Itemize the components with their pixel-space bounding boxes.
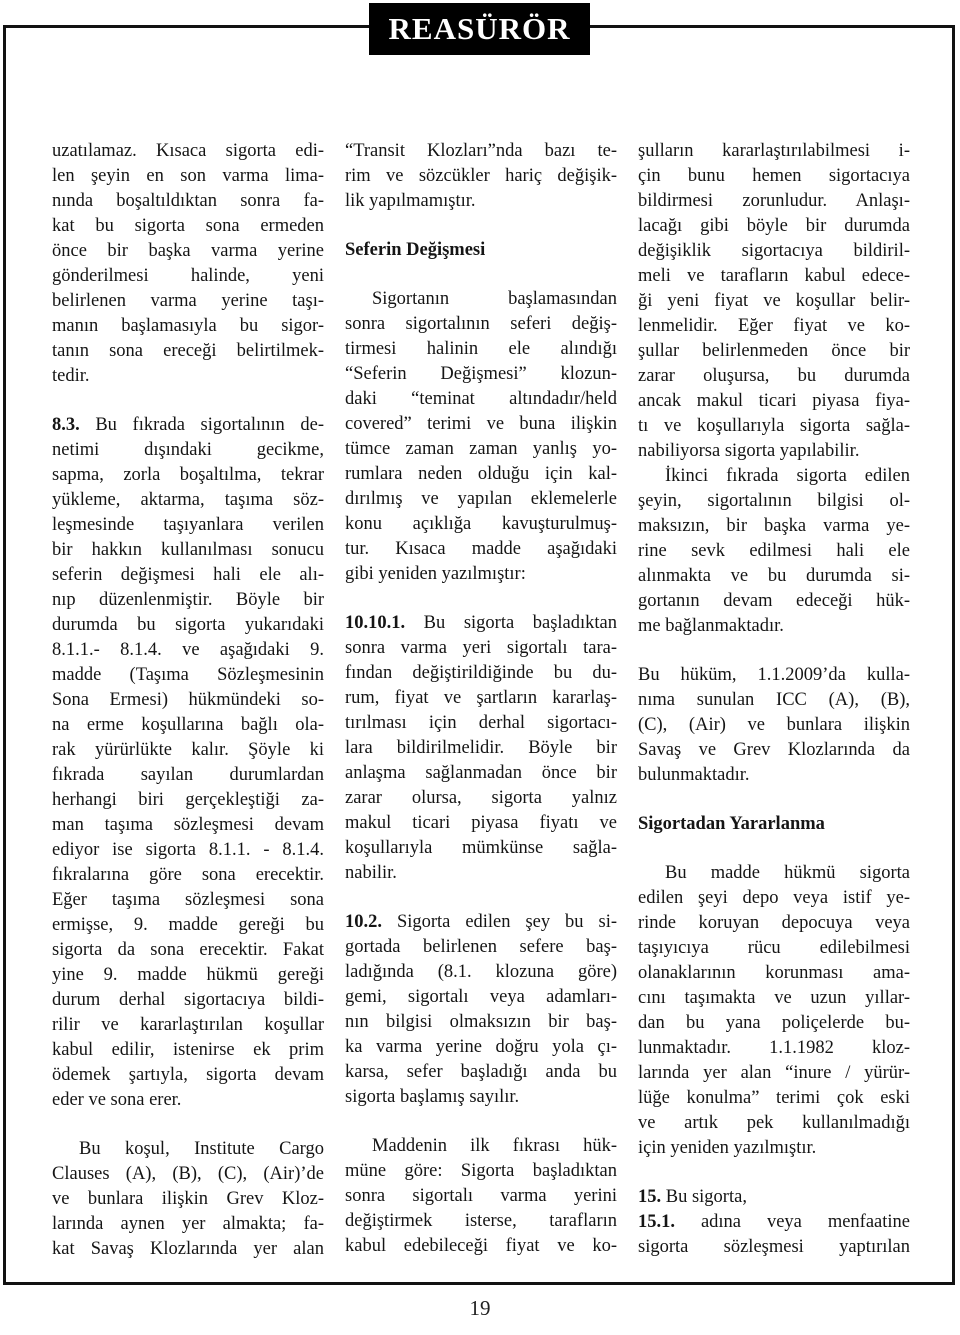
text-line: zarar oluşursa, bu durumda: [638, 364, 910, 389]
text-line: Eğer taşıma sözleşmesi sona: [52, 888, 324, 913]
text-line: kabul edebileceği fiyat ve ko-: [345, 1234, 617, 1259]
text-line: tümce zaman zaman yanlış yo-: [345, 437, 617, 462]
text-line: rim ve sözcükler hariç değişik-: [345, 164, 617, 189]
paragraph: 10.10.1. Bu sigorta başladıktansonra var…: [345, 611, 617, 886]
text-line: lik yapılmamıştır.: [345, 189, 617, 214]
text-columns: uzatılamaz. Kısaca sigorta edi-len şeyin…: [52, 139, 910, 1262]
text-line: şullar belirlenmeden önce bir: [638, 339, 910, 364]
text-line: nıp düzenlenmiştir. Böyle bir: [52, 588, 324, 613]
section-heading: Sigortadan Yararlanma: [638, 812, 910, 837]
text-column: uzatılamaz. Kısaca sigorta edi-len şeyin…: [52, 139, 324, 1262]
text-line: Seferin Değişmesi: [345, 238, 617, 263]
paragraph: 10.2. Sigorta edilen şey bu si-gortada b…: [345, 910, 617, 1110]
text-line: meli ve tarafların kabul edece-: [638, 264, 910, 289]
paragraph: uzatılamaz. Kısaca sigorta edi-len şeyin…: [52, 139, 324, 389]
text-line: sonra sigortalının seferi değiş-: [345, 312, 617, 337]
text-line: manın başlamasıyla bu sigor-: [52, 314, 324, 339]
text-line: larında aynen yer almakta; fa-: [52, 1212, 324, 1237]
text-line: alınmakta ve bu durumda si-: [638, 564, 910, 589]
text-line: madde (Taşıma Sözleşmesinin: [52, 663, 324, 688]
text-line: na erme koşullarına bağlı ola-: [52, 713, 324, 738]
text-line: gortanın devam edeceği hük-: [638, 589, 910, 614]
text-line: 15. Bu sigorta,: [638, 1185, 910, 1210]
text-line: Bu madde hükmü sigorta: [638, 861, 910, 886]
text-line: için yeniden yazılmıştır.: [638, 1136, 910, 1161]
text-line: tirmesi halinin ele alındığı: [345, 337, 617, 362]
text-line: koşullarıyla mümkünse sağla-: [345, 836, 617, 861]
text-line: seferin değişmesi hali ele alı-: [52, 563, 324, 588]
text-line: nabilir.: [345, 861, 617, 886]
text-line: Sigortadan Yararlanma: [638, 812, 910, 837]
text-line: yükleme, aktarma, taşıma söz-: [52, 488, 324, 513]
text-line: nında boşaltıldıktan sonra fa-: [52, 189, 324, 214]
paragraph: Bu madde hükmü sigortaedilen şeyi depo v…: [638, 861, 910, 1161]
text-line: dırılmış ve yapılan eklemelerle: [345, 487, 617, 512]
text-line: bir hakkın kullanılması sonucu: [52, 538, 324, 563]
text-line: ve artık pek kullanılmadığı: [638, 1111, 910, 1136]
text-line: larında yer alan “inure / yürür-: [638, 1061, 910, 1086]
text-line: müne göre: Sigorta başladıktan: [345, 1159, 617, 1184]
text-line: gibi yeniden yazılmıştır:: [345, 562, 617, 587]
text-line: yine 9. madde hükmü gereği: [52, 963, 324, 988]
text-line: Bu hüküm, 1.1.2009’da kulla-: [638, 663, 910, 688]
text-line: uzatılamaz. Kısaca sigorta edi-: [52, 139, 324, 164]
text-line: Bu koşul, Institute Cargo: [52, 1137, 324, 1162]
text-line: rak yürürlükte kalır. Şöyle ki: [52, 738, 324, 763]
text-line: tanın sona ereceği belirtilmek-: [52, 339, 324, 364]
text-line: sigorta sözleşmesi yaptırılan: [638, 1235, 910, 1260]
text-line: tı ve koşullarıyla sigorta sağla-: [638, 414, 910, 439]
journal-masthead: REASÜRÖR: [369, 3, 590, 55]
text-line: cını taşımakta ve uzun yıllar-: [638, 986, 910, 1011]
text-line: tur. Kısaca madde aşağıdaki: [345, 537, 617, 562]
text-column: “Transit Klozları”nda bazı te-rim ve söz…: [345, 139, 617, 1262]
text-line: (C), (Air) ve bunlara ilişkin: [638, 713, 910, 738]
text-line: şulların kararlaştırılabilmesi i-: [638, 139, 910, 164]
journal-title: REASÜRÖR: [389, 11, 571, 47]
text-line: ermişse, 9. madde gereği bu: [52, 913, 324, 938]
text-line: rinde koruyan depocuya veya: [638, 911, 910, 936]
paragraph: 8.3. Bu fıkrada sigortalının de-netimi d…: [52, 413, 324, 1113]
text-line: daki “teminat altındadır/held: [345, 387, 617, 412]
text-line: durum derhal sigortacıya bildi-: [52, 988, 324, 1013]
text-line: karsa, sefer başladığı anda bu: [345, 1060, 617, 1085]
text-line: olanaklarının korunması ama-: [638, 961, 910, 986]
text-line: sigorta başlamış sayılır.: [345, 1085, 617, 1110]
text-line: 8.1.1.- 8.1.4. ve aşağıdaki 9.: [52, 638, 324, 663]
text-line: konu açıklığa kavuşturulmuş-: [345, 512, 617, 537]
paragraph: Maddenin ilk fıkrası hük-müne göre: Sigo…: [345, 1134, 617, 1259]
text-line: man taşıma sözleşmesi devam: [52, 813, 324, 838]
text-line: covered” terimi ve buna ilişkin: [345, 412, 617, 437]
text-line: 8.3. Bu fıkrada sigortalının de-: [52, 413, 324, 438]
text-line: len şeyin en son varma lima-: [52, 164, 324, 189]
paragraph: 15. Bu sigorta,: [638, 1185, 910, 1210]
text-line: sonra sigortalı varma yerini: [345, 1184, 617, 1209]
text-line: me bağlanmaktadır.: [638, 614, 910, 639]
text-line: rumlara neden olduğu için kal-: [345, 462, 617, 487]
text-line: Sigortanın başlamasından: [345, 287, 617, 312]
text-line: rum, fiyat ve şartların kararlaş-: [345, 686, 617, 711]
paragraph: İkinci fıkrada sigorta edilenşeyin, sigo…: [638, 464, 910, 639]
text-line: anlaşma sağlanmadan önce bir: [345, 761, 617, 786]
text-line: rilir ve kararlaştırılan koşullar: [52, 1013, 324, 1038]
text-line: sigorta da sona erecektir. Fakat: [52, 938, 324, 963]
text-line: maksızın, bir başka varma ye-: [638, 514, 910, 539]
text-line: fıkralarına göre sona erecektir.: [52, 863, 324, 888]
text-line: değiştirmek isterse, tarafların: [345, 1209, 617, 1234]
text-line: ediyor ise sigorta 8.1.1. - 8.1.4.: [52, 838, 324, 863]
text-line: leşmesinde taşıyanlara verilen: [52, 513, 324, 538]
text-line: lunmaktadır. 1.1.1982 kloz-: [638, 1036, 910, 1061]
text-line: ödemek şartıyla, sigorta devam: [52, 1063, 324, 1088]
paragraph: “Transit Klozları”nda bazı te-rim ve söz…: [345, 139, 617, 214]
text-line: Savaş ve Grev Klozlarında da: [638, 738, 910, 763]
text-line: gortada belirlenen sefere baş-: [345, 935, 617, 960]
text-line: kat Savaş Klozlarında yer alan: [52, 1237, 324, 1262]
text-line: herhangi biri gerçekleştiği za-: [52, 788, 324, 813]
text-line: rine sevk edilmesi hali ele: [638, 539, 910, 564]
text-line: değişiklik sigortacıya bildiril-: [638, 239, 910, 264]
text-line: bulunmaktadır.: [638, 763, 910, 788]
text-line: ancak makul ticari piyasa fiya-: [638, 389, 910, 414]
text-line: sapma, zorla boşaltılma, tekrar: [52, 463, 324, 488]
text-line: lacağı gibi böyle bir durumda: [638, 214, 910, 239]
text-line: fıkrada sayılan durumlardan: [52, 763, 324, 788]
paragraph: Bu hüküm, 1.1.2009’da kulla-nıma sunulan…: [638, 663, 910, 788]
text-line: makul ticari piyasa fiyatı ve: [345, 811, 617, 836]
text-line: 10.10.1. Bu sigorta başladıktan: [345, 611, 617, 636]
text-line: çin bunu hemen sigortacıya: [638, 164, 910, 189]
page-number: 19: [0, 1296, 960, 1321]
text-line: Clauses (A), (B), (C), (Air)’de: [52, 1162, 324, 1187]
text-column: şulların kararlaştırılabilmesi i-çin bun…: [638, 139, 910, 1262]
text-line: gönderilmesi halinde, yeni: [52, 264, 324, 289]
text-line: “Transit Klozları”nda bazı te-: [345, 139, 617, 164]
text-line: lara bildirilmelidir. Böyle bir: [345, 736, 617, 761]
text-line: edilen şeyi depo veya istif ye-: [638, 886, 910, 911]
text-line: sonra varma yeri sigortalı tara-: [345, 636, 617, 661]
text-line: fından değiştirildiğinde bu du-: [345, 661, 617, 686]
section-heading: Seferin Değişmesi: [345, 238, 617, 263]
text-line: belirlenen varma yerine taşı-: [52, 289, 324, 314]
text-line: kabul edilir, istenirse ek prim: [52, 1038, 324, 1063]
text-line: eder ve sona erer.: [52, 1088, 324, 1113]
text-line: taşıyıcıya rücu edilebilmesi: [638, 936, 910, 961]
text-line: nıma sunulan ICC (A), (B),: [638, 688, 910, 713]
paragraph: 15.1. adına veya menfaatinesigorta sözle…: [638, 1210, 910, 1260]
text-line: ladığında (8.1. klozuna göre): [345, 960, 617, 985]
text-line: zarar olursa, sigorta yalnız: [345, 786, 617, 811]
text-line: ve bunlara ilişkin Grev Kloz-: [52, 1187, 324, 1212]
paragraph: şulların kararlaştırılabilmesi i-çin bun…: [638, 139, 910, 464]
text-line: gemi, sigortalı veya adamları-: [345, 985, 617, 1010]
text-line: bildirmesi zorunludur. Anlaşı-: [638, 189, 910, 214]
text-line: Maddenin ilk fıkrası hük-: [345, 1134, 617, 1159]
text-line: nabiliyorsa sigorta yapılabilir.: [638, 439, 910, 464]
text-line: ği yeni fiyat ve koşullar belir-: [638, 289, 910, 314]
text-line: lüğe konulma” terimi çok eski: [638, 1086, 910, 1111]
paragraph: Sigortanın başlamasındansonra sigortalın…: [345, 287, 617, 587]
text-line: önce bir başka varma yerine: [52, 239, 324, 264]
text-line: netimi dışındaki gecikme,: [52, 438, 324, 463]
journal-page: { "header": { "title": "REASÜRÖR" }, "fo…: [0, 0, 960, 1335]
text-line: kat bu sigorta sona ermeden: [52, 214, 324, 239]
text-line: Sona Ermesi) hükmündeki so-: [52, 688, 324, 713]
text-line: İkinci fıkrada sigorta edilen: [638, 464, 910, 489]
text-line: “Seferin Değişmesi” klozun-: [345, 362, 617, 387]
text-line: tırılması için derhal sigortacı-: [345, 711, 617, 736]
text-line: şeyin, sigortalının bilgisi ol-: [638, 489, 910, 514]
text-line: dan bu yana poliçelerde bu-: [638, 1011, 910, 1036]
text-line: lenmelidir. Eğer fiyat ve ko-: [638, 314, 910, 339]
text-line: nın bilgisi olmaksızın bir baş-: [345, 1010, 617, 1035]
text-line: tedir.: [52, 364, 324, 389]
text-line: ka varma yerine doğru yola çı-: [345, 1035, 617, 1060]
text-line: 10.2. Sigorta edilen şey bu si-: [345, 910, 617, 935]
text-line: 15.1. adına veya menfaatine: [638, 1210, 910, 1235]
paragraph: Bu koşul, Institute CargoClauses (A), (B…: [52, 1137, 324, 1262]
text-line: durumda bu sigorta yukarıdaki: [52, 613, 324, 638]
